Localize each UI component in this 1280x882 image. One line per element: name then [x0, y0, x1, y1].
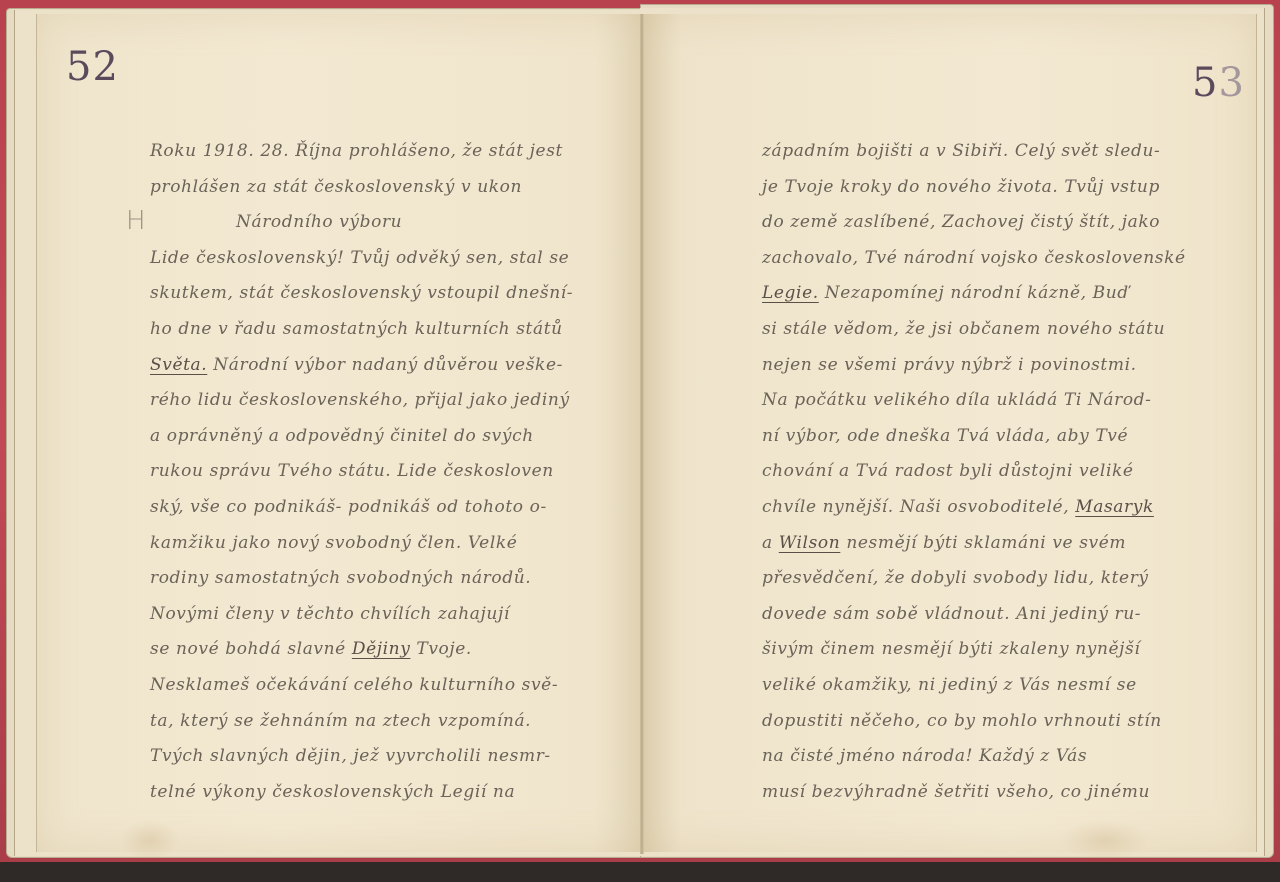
text-line: šivým činem nesmějí býti zkaleny nynější: [762, 632, 1182, 668]
text-line: veliké okamžiky, ni jediný z Vás nesmí s…: [762, 668, 1182, 704]
text-line: rukou správu Tvého státu. Lide českoslov…: [150, 454, 580, 490]
left-page-number: 52: [66, 44, 119, 90]
text-line: zachovalo, Tvé národní vojsko českoslove…: [762, 241, 1182, 277]
right-page-text: západním bojišti a v Sibiři. Celý svět s…: [762, 134, 1182, 810]
book-gutter: [640, 14, 644, 854]
text-line: Legie. Nezapomínej národní kázně, Buď: [762, 276, 1182, 312]
text-line: na čisté jméno národa! Každý z Vás: [762, 739, 1182, 775]
text-line: se nové bohdá slavné Dějiny Tvoje.: [150, 632, 580, 668]
text-line: Na počátku velikého díla ukládá Ti Národ…: [762, 383, 1182, 419]
text-line: přesvědčení, že dobyli svobody lidu, kte…: [762, 561, 1182, 597]
text-line: ský, vše co podnikáš- podnikáš od tohoto…: [150, 490, 580, 526]
text-line: a oprávněný a odpovědný činitel do svých: [150, 419, 580, 455]
line-segment: Nezapomínej národní kázně, Buď: [819, 283, 1129, 303]
text-line: si stále vědom, že jsi občanem nového st…: [762, 312, 1182, 348]
paper-stain: [120, 820, 180, 860]
text-line: rodiny samostatných svobodných národů.: [150, 561, 580, 597]
text-line: ta, který se žehnáním na ztech vzpomíná.: [150, 704, 580, 740]
text-line: západním bojišti a v Sibiři. Celý svět s…: [762, 134, 1182, 170]
text-line: Světa. Národní výbor nadaný důvěrou vešk…: [150, 348, 580, 384]
text-line: Lide československý! Tvůj odvěký sen, st…: [150, 241, 580, 277]
underlined-word: Masaryk: [1075, 497, 1154, 517]
text-line: ho dne v řadu samostatných kulturních st…: [150, 312, 580, 348]
text-line: chování a Tvá radost byli důstojni velik…: [762, 454, 1182, 490]
text-line: a Wilson nesmějí býti sklamáni ve svém: [762, 526, 1182, 562]
text-line: nejen se všemi právy nýbrž i povinostmi.: [762, 348, 1182, 384]
text-line: telné výkony československých Legií na: [150, 775, 580, 811]
line-segment: chvíle nynější. Naši osvoboditelé,: [762, 497, 1075, 517]
underlined-word: Dějiny: [352, 639, 411, 659]
text-line: je Tvoje kroky do nového života. Tvůj vs…: [762, 170, 1182, 206]
underlined-word: Světa.: [150, 355, 207, 375]
text-line: rého lidu československého, přijal jako …: [150, 383, 580, 419]
right-page-number: 53: [1192, 60, 1245, 106]
text-line: chvíle nynější. Naši osvoboditelé, Masar…: [762, 490, 1182, 526]
text-line: musí bezvýhradně šetřiti všeho, co jiném…: [762, 775, 1182, 811]
margin-mark: H: [126, 206, 146, 236]
text-line: dopustiti něčeho, co by mohlo vrhnouti s…: [762, 704, 1182, 740]
text-line: prohlášen za stát československý v ukon: [150, 170, 580, 206]
text-line: ní výbor, ode dneška Tvá vláda, aby Tvé: [762, 419, 1182, 455]
text-line: Tvých slavných dějin, jež vyvrcholili ne…: [150, 739, 580, 775]
text-line: Novými členy v těchto chvílích zahajují: [150, 597, 580, 633]
text-line: skutkem, stát československý vstoupil dn…: [150, 276, 580, 312]
line-segment: Národní výbor nadaný důvěrou veške-: [207, 355, 563, 375]
text-line: Nesklameš očekávání celého kulturního sv…: [150, 668, 580, 704]
left-page-text: Roku 1918. 28. Října prohlášeno, že stát…: [150, 134, 580, 810]
text-line: dovede sám sobě vládnout. Ani jediný ru-: [762, 597, 1182, 633]
line-segment: Tvoje.: [410, 639, 472, 659]
line-segment: a: [762, 533, 779, 553]
paper-stain: [1060, 820, 1150, 860]
text-line: kamžiku jako nový svobodný člen. Velké: [150, 526, 580, 562]
underlined-word: Wilson: [779, 533, 841, 553]
line-segment: se nové bohdá slavné: [150, 639, 352, 659]
text-line: Roku 1918. 28. Října prohlášeno, že stát…: [150, 134, 580, 170]
faded-digit: 3: [1218, 60, 1244, 106]
underlined-word: Legie.: [762, 283, 819, 303]
text-line: Národního výboru: [150, 205, 580, 241]
right-page-number-text: 5: [1192, 60, 1218, 106]
line-segment: nesmějí býti sklamáni ve svém: [840, 533, 1126, 553]
scan-background: [0, 862, 1280, 882]
text-line: do země zaslíbené, Zachovej čistý štít, …: [762, 205, 1182, 241]
